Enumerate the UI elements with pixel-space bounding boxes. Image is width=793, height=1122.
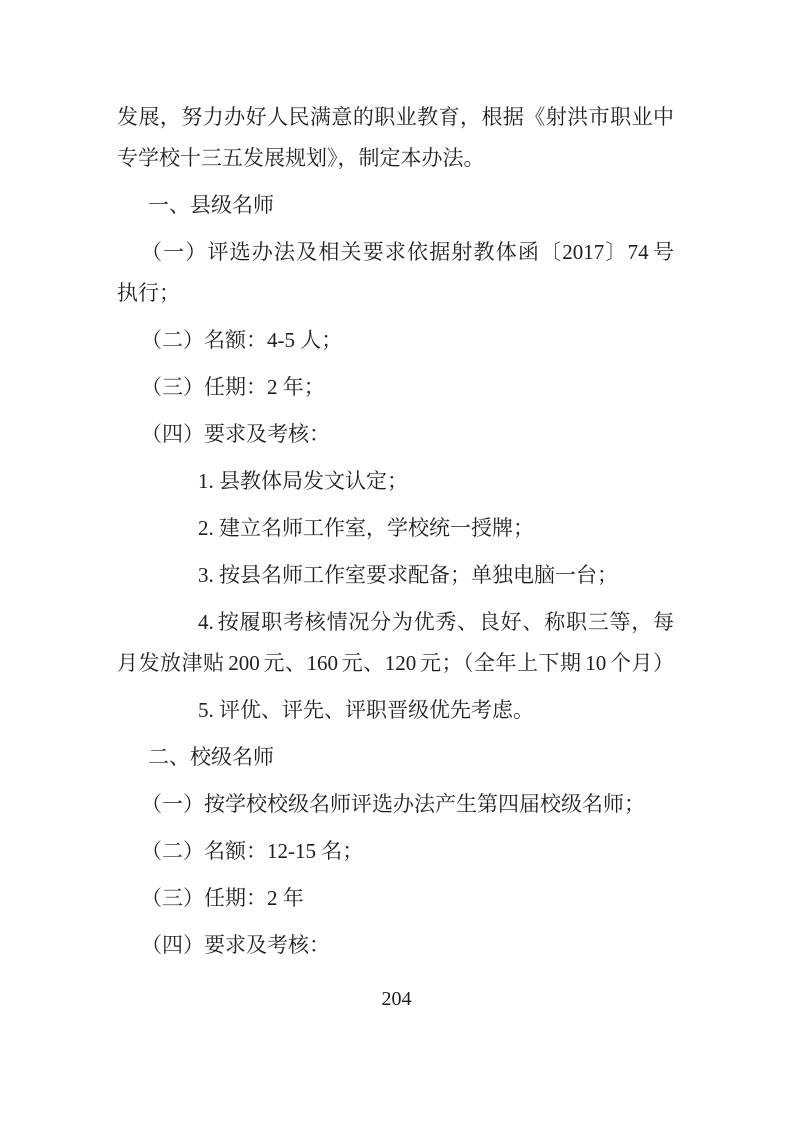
text-line: 3. 按县名师工作室要求配备；单独电脑一台；	[117, 555, 674, 596]
text-line: 一、县级名师	[117, 185, 674, 226]
text-line: （三）任期：2 年	[117, 878, 674, 919]
document-page: 发展，努力办好人民满意的职业教育，根据《射洪市职业中专学校十三五发展规划》，制定…	[0, 0, 793, 1122]
numbered-item: 5. 评优、评先、评职晋级优先考虑。	[117, 690, 674, 731]
page-number: 204	[0, 986, 793, 1012]
list-item: （四）要求及考核：	[117, 414, 674, 455]
text-line: （二）名额：4-5 人；	[117, 320, 674, 361]
text-line: 5. 评优、评先、评职晋级优先考虑。	[117, 690, 674, 731]
list-item: （一）按学校校级名师评选办法产生第四届校级名师；	[117, 784, 674, 825]
text-line: 专学校十三五发展规划》，制定本办法。	[117, 138, 674, 179]
text-line: 二、校级名师	[117, 737, 674, 778]
text-line: 1. 县教体局发文认定；	[117, 461, 674, 502]
document-content: 发展，努力办好人民满意的职业教育，根据《射洪市职业中专学校十三五发展规划》，制定…	[117, 97, 674, 972]
text-line: 4. 按履职考核情况分为优秀、良好、称职三等，每	[117, 602, 674, 643]
numbered-item: 4. 按履职考核情况分为优秀、良好、称职三等，每月发放津贴 200 元、160 …	[117, 602, 674, 684]
paragraph: 发展，努力办好人民满意的职业教育，根据《射洪市职业中专学校十三五发展规划》，制定…	[117, 97, 674, 179]
numbered-item: 3. 按县名师工作室要求配备；单独电脑一台；	[117, 555, 674, 596]
list-item: （四）要求及考核：	[117, 925, 674, 966]
text-line: （二）名额：12-15 名；	[117, 831, 674, 872]
text-line: （一）评选办法及相关要求依据射教体函〔2017〕74 号	[117, 232, 674, 273]
text-line: （四）要求及考核：	[117, 925, 674, 966]
text-line: 发展，努力办好人民满意的职业教育，根据《射洪市职业中	[117, 97, 674, 138]
text-line: 2. 建立名师工作室，学校统一授牌；	[117, 508, 674, 549]
text-line: 执行；	[117, 273, 674, 314]
text-line: （四）要求及考核：	[117, 414, 674, 455]
section-heading: 一、县级名师	[117, 185, 674, 226]
text-line: 月发放津贴 200 元、160 元、120 元；（全年上下期 10 个月）	[117, 643, 674, 684]
list-item: （二）名额：4-5 人；	[117, 320, 674, 361]
numbered-item: 2. 建立名师工作室，学校统一授牌；	[117, 508, 674, 549]
list-item: （二）名额：12-15 名；	[117, 831, 674, 872]
list-item: （一）评选办法及相关要求依据射教体函〔2017〕74 号执行；	[117, 232, 674, 314]
numbered-item: 1. 县教体局发文认定；	[117, 461, 674, 502]
list-item: （三）任期：2 年；	[117, 367, 674, 408]
text-line: （三）任期：2 年；	[117, 367, 674, 408]
list-item: （三）任期：2 年	[117, 878, 674, 919]
section-heading: 二、校级名师	[117, 737, 674, 778]
text-line: （一）按学校校级名师评选办法产生第四届校级名师；	[117, 784, 674, 825]
